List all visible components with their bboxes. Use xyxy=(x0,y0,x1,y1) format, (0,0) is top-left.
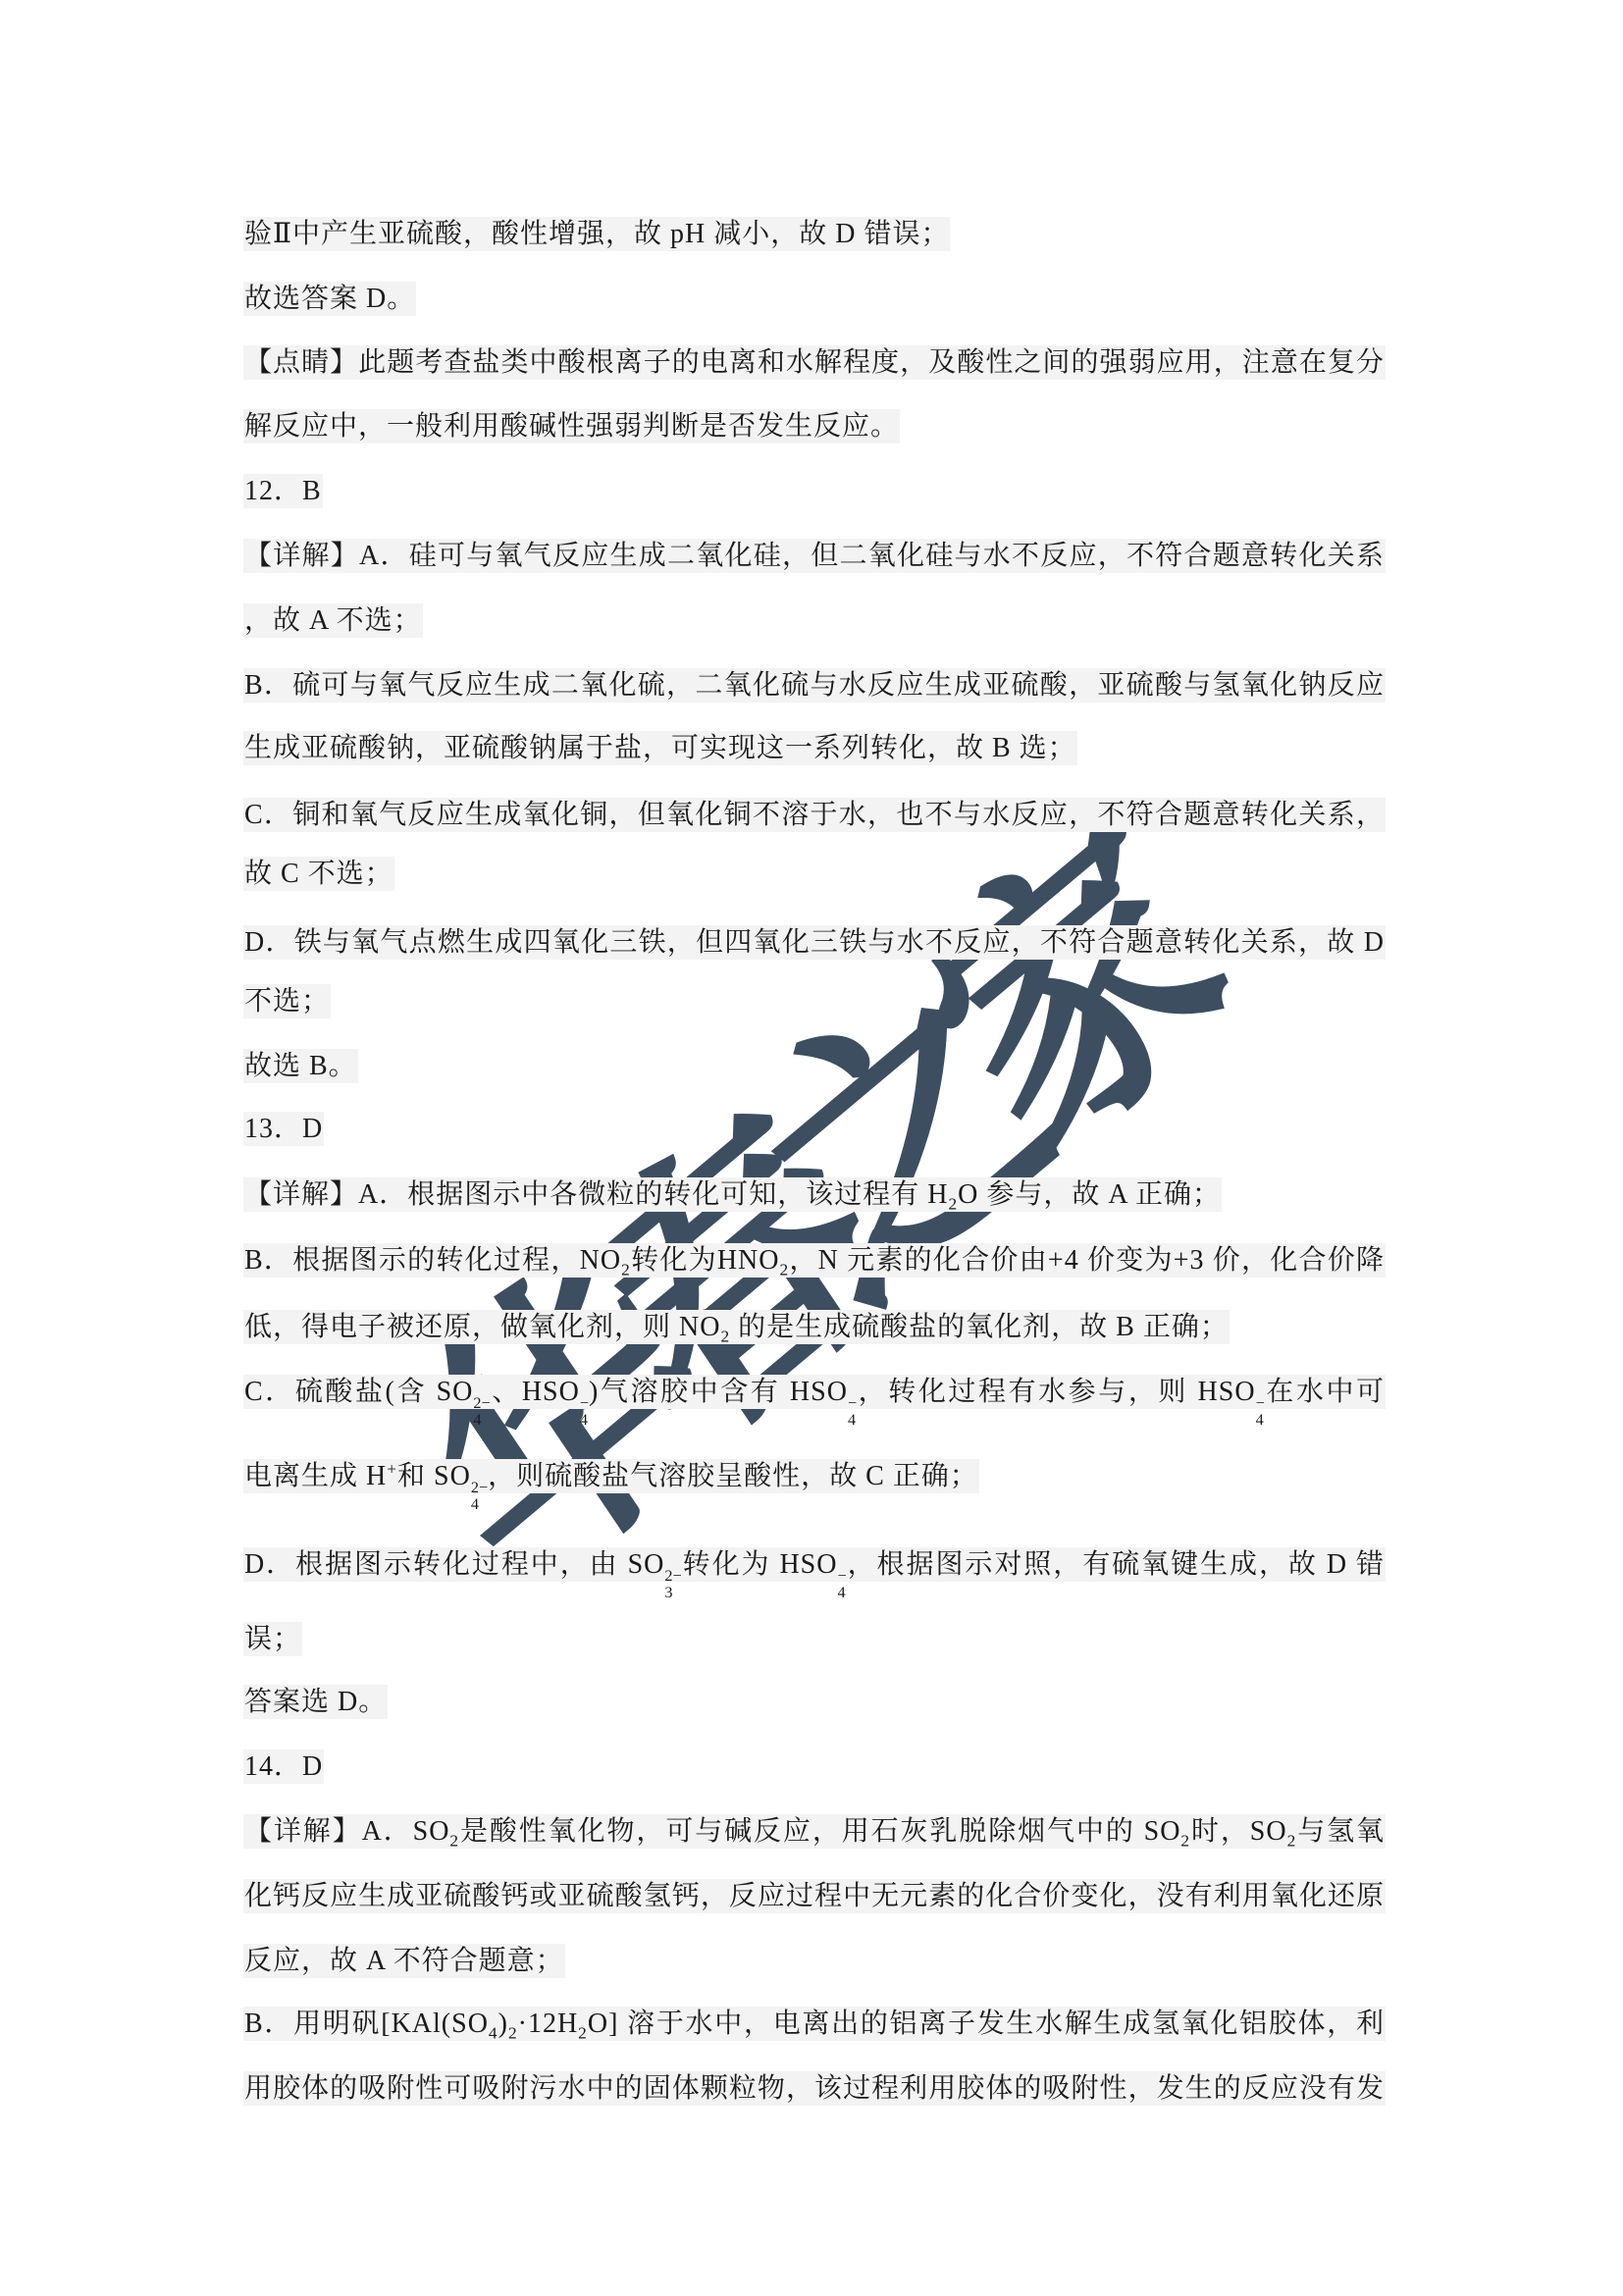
text-line: 【详解】A．根据图示中各微粒的转化可知，该过程有 H2O 参与，故 A 正确； xyxy=(243,1176,1386,1214)
text-line: 14．D xyxy=(243,1748,1386,1786)
text-line: 化钙反应生成亚硫酸钙或亚硫酸氢钙，反应过程中无元素的化合价变化，没有利用氧化还原 xyxy=(243,1878,1386,1915)
text-line: B．用明矾[KAl(SO4)2·12H2O] 溶于水中，电离出的铝离子发生水解生… xyxy=(243,2006,1386,2043)
text-line: B．根据图示的转化过程，NO2转化为HNO2，N 元素的化合价由+4 价变为+3… xyxy=(243,1242,1386,1279)
text-line: C．铜和氧气反应生成氧化铜，但氧化铜不溶于水，也不与水反应，不符合题意转化关系， xyxy=(243,797,1386,834)
text-line: 故选 B。 xyxy=(243,1048,1386,1085)
text-line: 故选答案 D。 xyxy=(243,281,1386,318)
text-line: D．铁与氧气点燃生成四氧化三铁，但四氧化三铁与水不反应，不符合题意转化关系，故 … xyxy=(243,924,1386,962)
text-line: 电离生成 H+和 SO2−4，则硫酸盐气溶胶呈酸性，故 C 正确； xyxy=(243,1458,1386,1514)
text-line: ，故 A 不选； xyxy=(243,602,1386,640)
text-line: 【详解】A．硅可与氧气反应生成二氧化硅，但二氧化硅与水不反应，不符合题意转化关系 xyxy=(243,538,1386,575)
text-line: 故 C 不选； xyxy=(243,856,1386,893)
text-layer: 验Ⅱ中产生亚硫酸，酸性增强，故 pH 减小，故 D 错误；故选答案 D。【点睛】… xyxy=(0,0,1623,2296)
text-line: 答案选 D。 xyxy=(243,1684,1386,1721)
text-line: 13．D xyxy=(243,1111,1386,1148)
text-line: 【点睛】此题考查盐类中酸根离子的电离和水解程度，及酸性之间的强弱应用，注意在复分 xyxy=(243,344,1386,382)
document-page: 华春之家 验Ⅱ中产生亚硫酸，酸性增强，故 pH 减小，故 D 错误；故选答案 D… xyxy=(0,0,1623,2296)
text-line: 12．B xyxy=(243,473,1386,510)
text-line: 反应，故 A 不符合题意； xyxy=(243,1943,1386,1980)
text-line: 验Ⅱ中产生亚硫酸，酸性增强，故 pH 减小，故 D 错误； xyxy=(243,216,1386,253)
text-line: 误； xyxy=(243,1621,1386,1658)
text-line: D．根据图示转化过程中，由 SO2−3转化为 HSO−4，根据图示对照，有硫氧键… xyxy=(243,1546,1386,1602)
text-line: 【详解】A．SO2是酸性氧化物，可与碱反应，用石灰乳脱除烟气中的 SO2时，SO… xyxy=(243,1813,1386,1851)
text-line: 解反应中，一般利用酸碱性强弱判断是否发生反应。 xyxy=(243,408,1386,445)
text-line: 用胶体的吸附性可吸附污水中的固体颗粒物，该过程利用胶体的吸附性，发生的反应没有发 xyxy=(243,2070,1386,2108)
text-line: 低，得电子被还原，做氧化剂，则 NO2 的是生成硫酸盐的氧化剂，故 B 正确； xyxy=(243,1309,1386,1346)
text-line: B．硫可与氧气反应生成二氧化硫，二氧化硫与水反应生成亚硫酸，亚硫酸与氢氧化钠反应 xyxy=(243,667,1386,704)
text-line: 不选； xyxy=(243,983,1386,1020)
text-line: C．硫酸盐(含 SO2−4、HSO−4)气溶胶中含有 HSO−4，转化过程有水参… xyxy=(243,1374,1386,1430)
text-line: 生成亚硫酸钠，亚硫酸钠属于盐，可实现这一系列转化，故 B 选； xyxy=(243,730,1386,767)
